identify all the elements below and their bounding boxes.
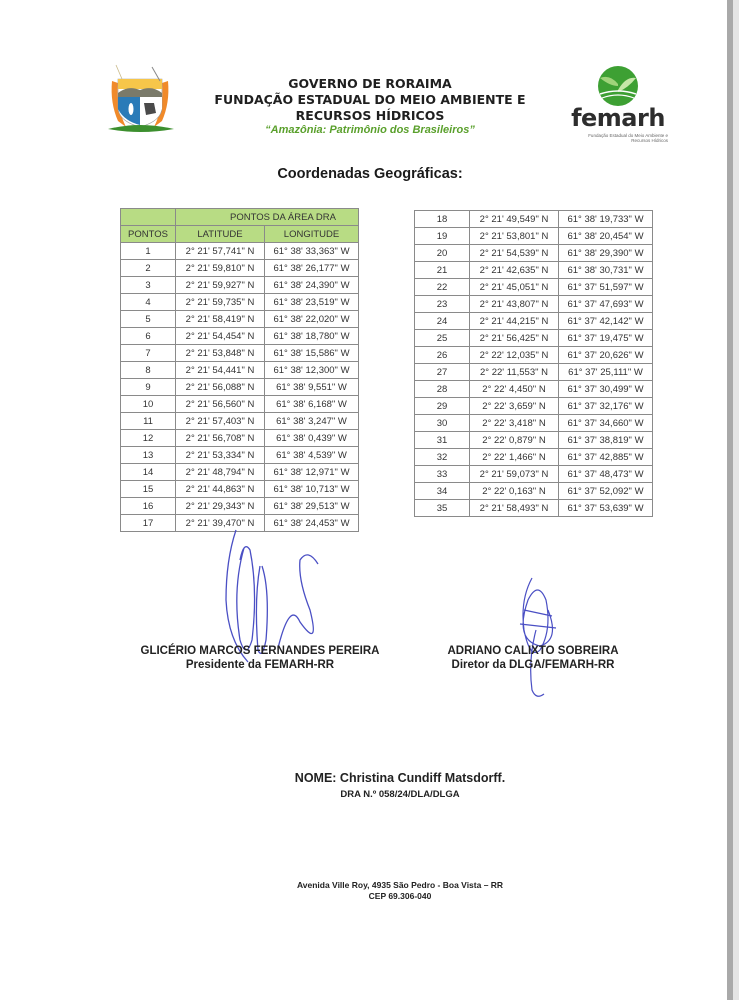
table-row: 142° 21' 48,794" N61° 38' 12,971" W: [121, 464, 359, 481]
longitude-cell: 61° 37' 34,660" W: [559, 415, 653, 432]
table-row: 222° 21' 45,051" N61° 37' 51,597" W: [415, 279, 653, 296]
point-number: 19: [415, 228, 470, 245]
latitude-cell: 2° 22' 3,659" N: [470, 398, 559, 415]
point-number: 24: [415, 313, 470, 330]
point-number: 23: [415, 296, 470, 313]
table-row: 352° 21' 58,493" N61° 37' 53,639" W: [415, 500, 653, 517]
column-header-longitude: LONGITUDE: [265, 226, 359, 243]
point-number: 28: [415, 381, 470, 398]
dra-number: DRA N.º 058/24/DLA/DLGA: [250, 789, 550, 800]
point-number: 18: [415, 211, 470, 228]
latitude-cell: 2° 21' 58,493" N: [470, 500, 559, 517]
latitude-cell: 2° 22' 0,163" N: [470, 483, 559, 500]
longitude-cell: 61° 38' 24,390" W: [265, 277, 359, 294]
point-number: 3: [121, 277, 176, 294]
longitude-cell: 61° 38' 15,586" W: [265, 345, 359, 362]
point-number: 22: [415, 279, 470, 296]
point-number: 34: [415, 483, 470, 500]
coordinates-table-right: 182° 21' 49,549" N61° 38' 19,733" W192° …: [414, 210, 653, 517]
point-number: 32: [415, 449, 470, 466]
table-row: 122° 21' 56,708" N61° 38' 0,439" W: [121, 430, 359, 447]
latitude-cell: 2° 21' 56,560" N: [176, 396, 265, 413]
longitude-cell: 61° 38' 30,731" W: [559, 262, 653, 279]
femarh-subtitle: Fundação Estadual do Meio Ambiente e Rec…: [572, 133, 668, 143]
longitude-cell: 61° 37' 42,142" W: [559, 313, 653, 330]
point-number: 10: [121, 396, 176, 413]
table-row: 252° 21' 56,425" N61° 37' 19,475" W: [415, 330, 653, 347]
table-row: 42° 21' 59,735" N61° 38' 23,519" W: [121, 294, 359, 311]
table-row: 262° 22' 12,035" N61° 37' 20,626" W: [415, 347, 653, 364]
latitude-cell: 2° 22' 12,035" N: [470, 347, 559, 364]
longitude-cell: 61° 38' 9,551" W: [265, 379, 359, 396]
longitude-cell: 61° 37' 30,499" W: [559, 381, 653, 398]
point-number: 25: [415, 330, 470, 347]
table-row: 202° 21' 54,539" N61° 38' 29,390" W: [415, 245, 653, 262]
header-line-1: GOVERNO DE RORAIMA: [190, 76, 550, 92]
latitude-cell: 2° 21' 56,425" N: [470, 330, 559, 347]
table-row: 32° 21' 59,927" N61° 38' 24,390" W: [121, 277, 359, 294]
latitude-cell: 2° 21' 53,848" N: [176, 345, 265, 362]
table-row: 332° 21' 59,073" N61° 37' 48,473" W: [415, 466, 653, 483]
table-row: 322° 22' 1,466" N61° 37' 42,885" W: [415, 449, 653, 466]
longitude-cell: 61° 37' 48,473" W: [559, 466, 653, 483]
table-group-header: PONTOS DA ÁREA DRA: [176, 209, 359, 226]
longitude-cell: 61° 37' 32,176" W: [559, 398, 653, 415]
signatory-name: ADRIANO CALIXTO SOBREIRA: [438, 644, 628, 658]
point-number: 11: [121, 413, 176, 430]
table-row: 342° 22' 0,163" N61° 37' 52,092" W: [415, 483, 653, 500]
holder-name: NOME: Christina Cundiff Matsdorff.: [250, 771, 550, 785]
longitude-cell: 61° 38' 24,453" W: [265, 515, 359, 532]
table-row: 112° 21' 57,403" N61° 38' 3,247" W: [121, 413, 359, 430]
longitude-cell: 61° 38' 0,439" W: [265, 430, 359, 447]
point-number: 1: [121, 243, 176, 260]
longitude-cell: 61° 38' 33,363" W: [265, 243, 359, 260]
femarh-wordmark: femarh: [570, 104, 666, 132]
latitude-cell: 2° 22' 3,418" N: [470, 415, 559, 432]
latitude-cell: 2° 21' 39,470" N: [176, 515, 265, 532]
table-row: 162° 21' 29,343" N61° 38' 29,513" W: [121, 498, 359, 515]
longitude-cell: 61° 38' 10,713" W: [265, 481, 359, 498]
point-number: 13: [121, 447, 176, 464]
point-number: 15: [121, 481, 176, 498]
longitude-cell: 61° 37' 25,111" W: [559, 364, 653, 381]
latitude-cell: 2° 22' 11,553" N: [470, 364, 559, 381]
latitude-cell: 2° 21' 59,073" N: [470, 466, 559, 483]
latitude-cell: 2° 21' 59,810" N: [176, 260, 265, 277]
signature-block-director: ADRIANO CALIXTO SOBREIRA Diretor da DLGA…: [438, 644, 628, 672]
latitude-cell: 2° 21' 57,403" N: [176, 413, 265, 430]
latitude-cell: 2° 21' 54,539" N: [470, 245, 559, 262]
point-number: 27: [415, 364, 470, 381]
point-number: 4: [121, 294, 176, 311]
coordinates-table-left: PONTOS DA ÁREA DRA PONTOS LATITUDE LONGI…: [120, 208, 359, 532]
longitude-cell: 61° 37' 38,819" W: [559, 432, 653, 449]
table-row: 52° 21' 58,419" N61° 38' 22,020" W: [121, 311, 359, 328]
address-line: Avenida Ville Roy, 4935 São Pedro - Boa …: [230, 880, 570, 891]
latitude-cell: 2° 21' 59,927" N: [176, 277, 265, 294]
latitude-cell: 2° 21' 42,635" N: [470, 262, 559, 279]
point-number: 29: [415, 398, 470, 415]
signatory-role: Diretor da DLGA/FEMARH-RR: [438, 658, 628, 672]
latitude-cell: 2° 21' 56,088" N: [176, 379, 265, 396]
footer-address: Avenida Ville Roy, 4935 São Pedro - Boa …: [230, 880, 570, 902]
latitude-cell: 2° 21' 49,549" N: [470, 211, 559, 228]
latitude-cell: 2° 21' 56,708" N: [176, 430, 265, 447]
latitude-cell: 2° 21' 54,441" N: [176, 362, 265, 379]
longitude-cell: 61° 37' 19,475" W: [559, 330, 653, 347]
header-line-3: RECURSOS HÍDRICOS: [190, 108, 550, 124]
table-row: 182° 21' 49,549" N61° 38' 19,733" W: [415, 211, 653, 228]
table-row: 312° 22' 0,879" N61° 37' 38,819" W: [415, 432, 653, 449]
table-row: 152° 21' 44,863" N61° 38' 10,713" W: [121, 481, 359, 498]
table-header-blank: [121, 209, 176, 226]
table-row: 82° 21' 54,441" N61° 38' 12,300" W: [121, 362, 359, 379]
page-edge: [733, 0, 739, 1000]
latitude-cell: 2° 21' 48,794" N: [176, 464, 265, 481]
latitude-cell: 2° 21' 53,801" N: [470, 228, 559, 245]
column-header-latitude: LATITUDE: [176, 226, 265, 243]
point-number: 17: [121, 515, 176, 532]
point-number: 2: [121, 260, 176, 277]
point-number: 14: [121, 464, 176, 481]
longitude-cell: 61° 37' 20,626" W: [559, 347, 653, 364]
latitude-cell: 2° 22' 1,466" N: [470, 449, 559, 466]
table-row: 212° 21' 42,635" N61° 38' 30,731" W: [415, 262, 653, 279]
document-title: Coordenadas Geográficas:: [220, 166, 520, 182]
point-number: 6: [121, 328, 176, 345]
longitude-cell: 61° 38' 26,177" W: [265, 260, 359, 277]
latitude-cell: 2° 21' 53,334" N: [176, 447, 265, 464]
point-number: 16: [121, 498, 176, 515]
point-number: 7: [121, 345, 176, 362]
cep-line: CEP 69.306-040: [230, 891, 570, 902]
longitude-cell: 61° 38' 18,780" W: [265, 328, 359, 345]
table-row: 242° 21' 44,215" N61° 37' 42,142" W: [415, 313, 653, 330]
table-row: 172° 21' 39,470" N61° 38' 24,453" W: [121, 515, 359, 532]
longitude-cell: 61° 38' 22,020" W: [265, 311, 359, 328]
longitude-cell: 61° 37' 42,885" W: [559, 449, 653, 466]
signatory-role: Presidente da FEMARH-RR: [130, 658, 390, 672]
latitude-cell: 2° 21' 29,343" N: [176, 498, 265, 515]
longitude-cell: 61° 38' 12,300" W: [265, 362, 359, 379]
longitude-cell: 61° 37' 51,597" W: [559, 279, 653, 296]
point-number: 26: [415, 347, 470, 364]
table-row: 232° 21' 43,807" N61° 37' 47,693" W: [415, 296, 653, 313]
longitude-cell: 61° 38' 12,971" W: [265, 464, 359, 481]
point-number: 31: [415, 432, 470, 449]
point-number: 8: [121, 362, 176, 379]
table-row: 72° 21' 53,848" N61° 38' 15,586" W: [121, 345, 359, 362]
longitude-cell: 61° 38' 4,539" W: [265, 447, 359, 464]
point-number: 5: [121, 311, 176, 328]
longitude-cell: 61° 37' 47,693" W: [559, 296, 653, 313]
point-number: 33: [415, 466, 470, 483]
column-header-pontos: PONTOS: [121, 226, 176, 243]
latitude-cell: 2° 21' 54,454" N: [176, 328, 265, 345]
latitude-cell: 2° 22' 4,450" N: [470, 381, 559, 398]
longitude-cell: 61° 38' 6,168" W: [265, 396, 359, 413]
point-number: 35: [415, 500, 470, 517]
table-row: 282° 22' 4,450" N61° 37' 30,499" W: [415, 381, 653, 398]
point-number: 21: [415, 262, 470, 279]
institution-header: GOVERNO DE RORAIMA FUNDAÇÃO ESTADUAL DO …: [190, 76, 550, 136]
table-row: 102° 21' 56,560" N61° 38' 6,168" W: [121, 396, 359, 413]
latitude-cell: 2° 22' 0,879" N: [470, 432, 559, 449]
roraima-coat-of-arms-logo: [104, 63, 176, 139]
table-row: 62° 21' 54,454" N61° 38' 18,780" W: [121, 328, 359, 345]
longitude-cell: 61° 38' 23,519" W: [265, 294, 359, 311]
longitude-cell: 61° 38' 29,513" W: [265, 498, 359, 515]
latitude-cell: 2° 21' 59,735" N: [176, 294, 265, 311]
signature-block-president: GLICÉRIO MARCOS FERNANDES PEREIRA Presid…: [130, 644, 390, 672]
latitude-cell: 2° 21' 45,051" N: [470, 279, 559, 296]
longitude-cell: 61° 38' 3,247" W: [265, 413, 359, 430]
point-number: 12: [121, 430, 176, 447]
point-number: 30: [415, 415, 470, 432]
longitude-cell: 61° 37' 52,092" W: [559, 483, 653, 500]
longitude-cell: 61° 38' 19,733" W: [559, 211, 653, 228]
table-row: 12° 21' 57,741" N61° 38' 33,363" W: [121, 243, 359, 260]
table-row: 92° 21' 56,088" N61° 38' 9,551" W: [121, 379, 359, 396]
table-row: 192° 21' 53,801" N61° 38' 20,454" W: [415, 228, 653, 245]
longitude-cell: 61° 37' 53,639" W: [559, 500, 653, 517]
table-row: 292° 22' 3,659" N61° 37' 32,176" W: [415, 398, 653, 415]
header-line-2: FUNDAÇÃO ESTADUAL DO MEIO AMBIENTE E: [190, 92, 550, 108]
latitude-cell: 2° 21' 58,419" N: [176, 311, 265, 328]
latitude-cell: 2° 21' 57,741" N: [176, 243, 265, 260]
latitude-cell: 2° 21' 44,863" N: [176, 481, 265, 498]
table-row: 22° 21' 59,810" N61° 38' 26,177" W: [121, 260, 359, 277]
point-number: 9: [121, 379, 176, 396]
longitude-cell: 61° 38' 29,390" W: [559, 245, 653, 262]
table-row: 272° 22' 11,553" N61° 37' 25,111" W: [415, 364, 653, 381]
table-row: 302° 22' 3,418" N61° 37' 34,660" W: [415, 415, 653, 432]
signatory-name: GLICÉRIO MARCOS FERNANDES PEREIRA: [130, 644, 390, 658]
longitude-cell: 61° 38' 20,454" W: [559, 228, 653, 245]
header-motto: “Amazônia: Patrimônio dos Brasileiros”: [190, 124, 550, 136]
latitude-cell: 2° 21' 44,215" N: [470, 313, 559, 330]
latitude-cell: 2° 21' 43,807" N: [470, 296, 559, 313]
table-row: 132° 21' 53,334" N61° 38' 4,539" W: [121, 447, 359, 464]
point-number: 20: [415, 245, 470, 262]
